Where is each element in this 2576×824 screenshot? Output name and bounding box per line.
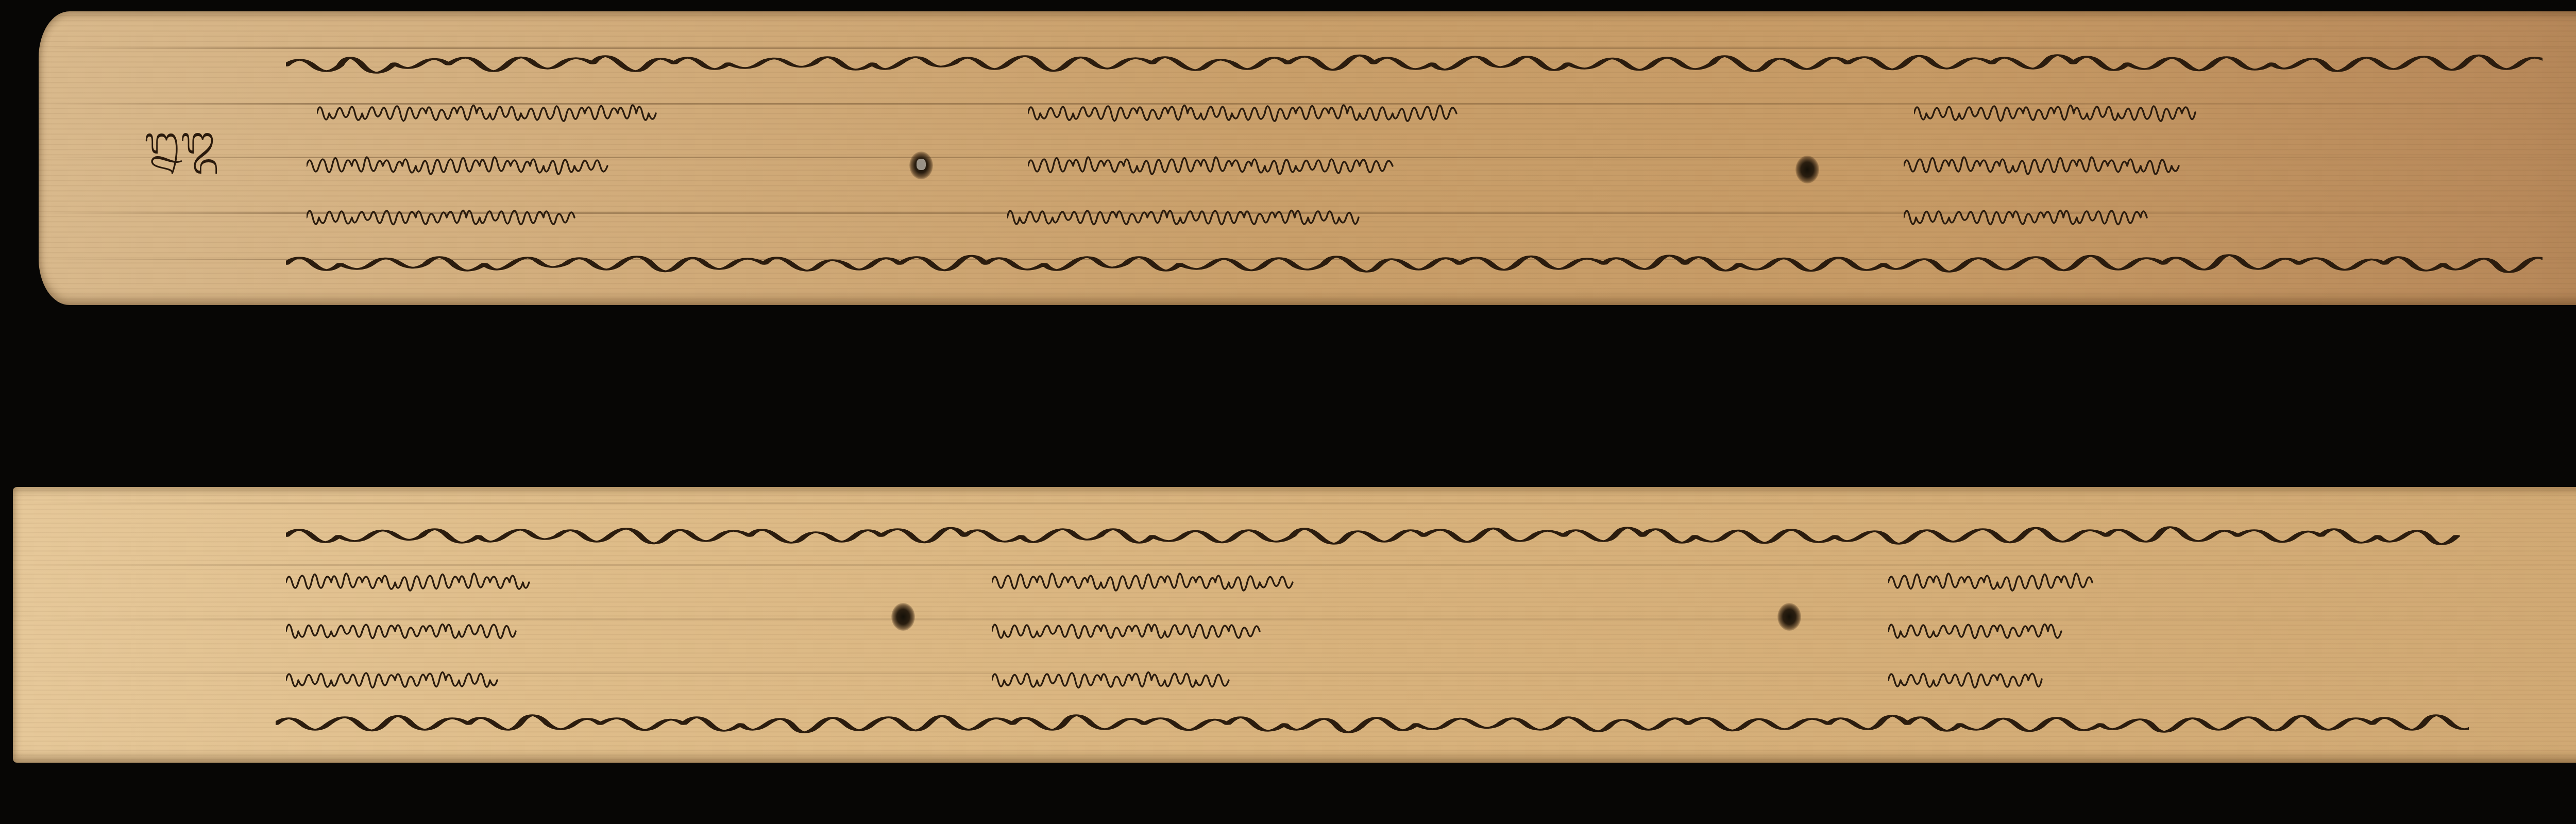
script-line-4-middle (992, 654, 1610, 696)
string-hole-right (1777, 603, 1801, 631)
leaf-ruling-line (13, 502, 2576, 504)
script-line-5 (276, 701, 2469, 742)
script-line-2-middle (992, 557, 1610, 598)
script-line-1 (286, 510, 2474, 551)
script-line-2-right (1888, 557, 2403, 598)
script-line-1 (286, 37, 2543, 78)
script-line-5 (286, 241, 2543, 282)
string-hole-left (891, 603, 915, 631)
page-number: ᭒᭓ (144, 114, 218, 181)
palm-leaf-top: ᭒᭓ (39, 11, 2576, 305)
script-line-3-right (1888, 606, 2403, 647)
script-line-3-middle (1028, 140, 1698, 181)
script-line-4-right (1904, 192, 2476, 233)
string-hole-right (1795, 156, 1819, 183)
script-line-2-left (286, 557, 775, 598)
script-line-3-left (307, 140, 822, 181)
string-hole-left (909, 152, 933, 179)
script-line-3-left (286, 606, 775, 647)
script-line-4-middle (1007, 192, 1698, 233)
script-line-3-right (1904, 140, 2476, 181)
palm-leaf-bottom (13, 487, 2576, 763)
script-line-4-left (286, 654, 775, 696)
script-line-4-left (307, 192, 822, 233)
script-line-2-middle (1028, 88, 1698, 129)
script-line-3-middle (992, 606, 1610, 647)
script-line-4-right (1888, 654, 2403, 696)
script-line-2-right (1914, 88, 2476, 129)
script-line-2-left (317, 88, 832, 129)
